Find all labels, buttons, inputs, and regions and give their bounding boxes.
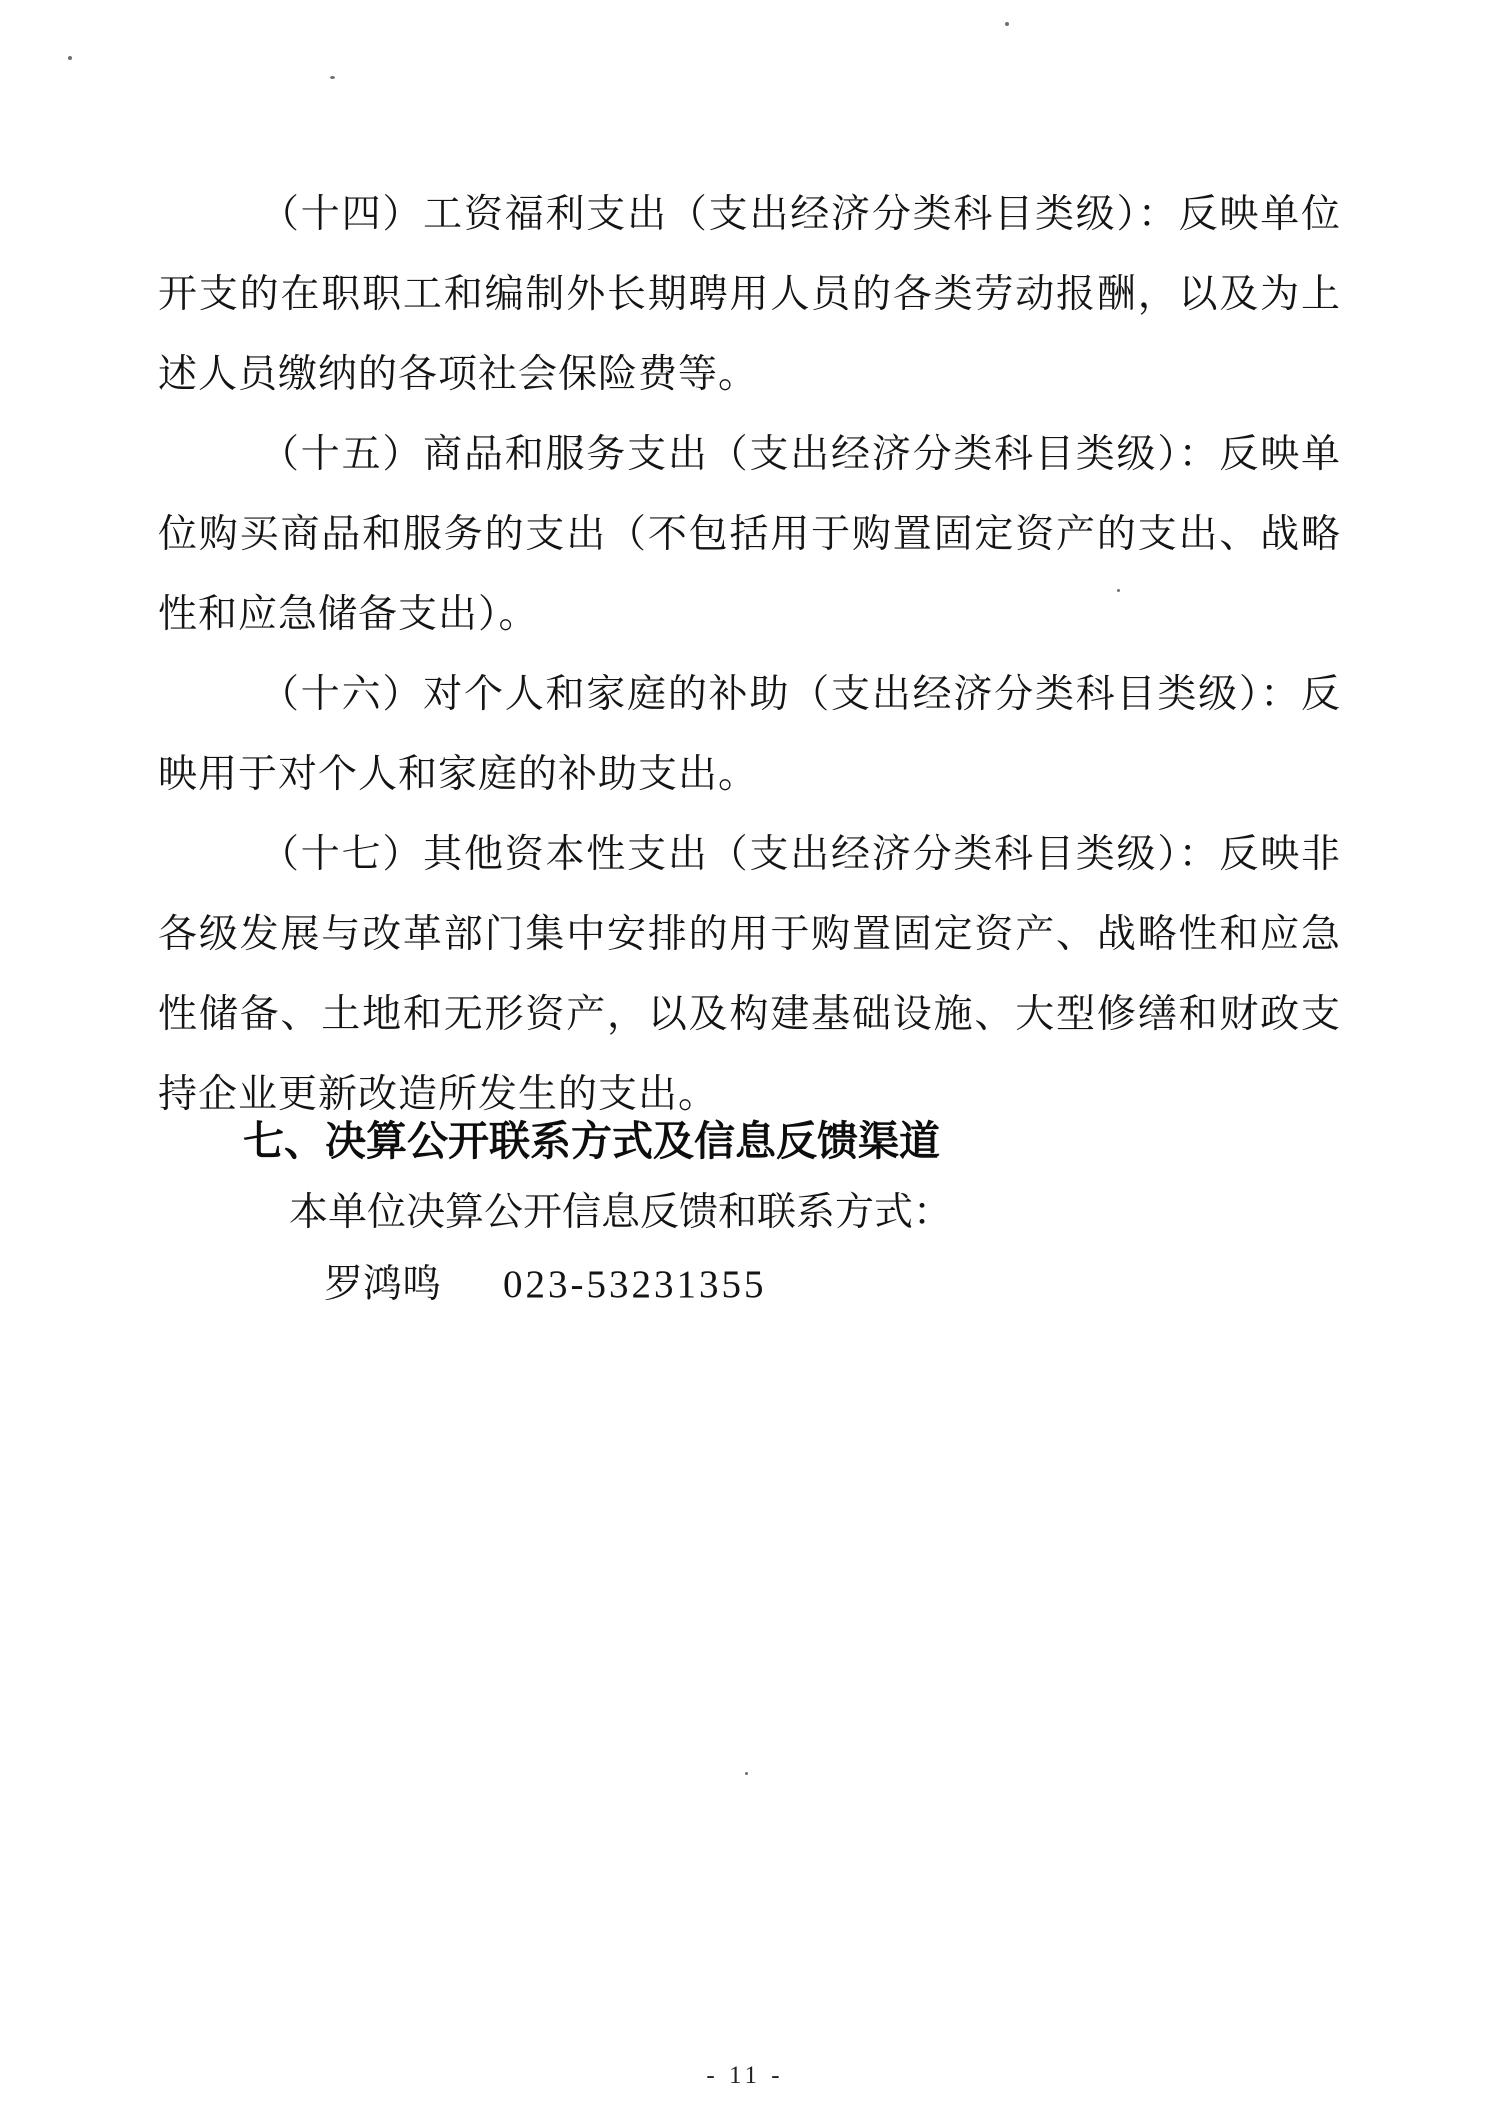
document-body: （十四）工资福利支出（支出经济分类科目类级）：反映单位 开支的在职职工和编制外长…	[158, 175, 1340, 1321]
section-heading: 七、决算公开联系方式及信息反馈渠道	[158, 1105, 1340, 1177]
body-line: （十四）工资福利支出（支出经济分类科目类级）：反映单位	[158, 175, 1340, 255]
document-page: （十四）工资福利支出（支出经济分类科目类级）：反映单位 开支的在职职工和编制外长…	[0, 0, 1490, 2104]
contact-phone: 023-53231355	[503, 1263, 767, 1306]
page-number: - 11 -	[0, 2062, 1490, 2090]
contact-line: 罗鸿鸣023-53231355	[158, 1249, 1340, 1321]
scan-speck	[1005, 22, 1009, 26]
body-line: （十七）其他资本性支出（支出经济分类科目类级）：反映非	[158, 815, 1340, 895]
scan-speck	[330, 76, 335, 79]
body-line: （十五）商品和服务支出（支出经济分类科目类级）：反映单	[158, 415, 1340, 495]
body-line: 性储备、土地和无形资产，以及构建基础设施、大型修缮和财政支	[158, 975, 1340, 1055]
body-line: 述人员缴纳的各项社会保险费等。	[158, 335, 1340, 415]
body-line: 开支的在职职工和编制外长期聘用人员的各类劳动报酬，以及为上	[158, 255, 1340, 335]
body-line: 位购买商品和服务的支出（不包括用于购置固定资产的支出、战略	[158, 495, 1340, 575]
scan-speck	[68, 56, 72, 60]
body-line: 各级发展与改革部门集中安排的用于购置固定资产、战略性和应急	[158, 895, 1340, 975]
body-line: （十六）对个人和家庭的补助（支出经济分类科目类级）：反	[158, 655, 1340, 735]
contact-intro-line: 本单位决算公开信息反馈和联系方式：	[158, 1177, 1340, 1249]
contact-name: 罗鸿鸣	[324, 1263, 441, 1306]
body-line: 性和应急储备支出）。	[158, 575, 1340, 655]
body-line: 映用于对个人和家庭的补助支出。	[158, 735, 1340, 815]
scan-speck	[745, 1772, 748, 1775]
